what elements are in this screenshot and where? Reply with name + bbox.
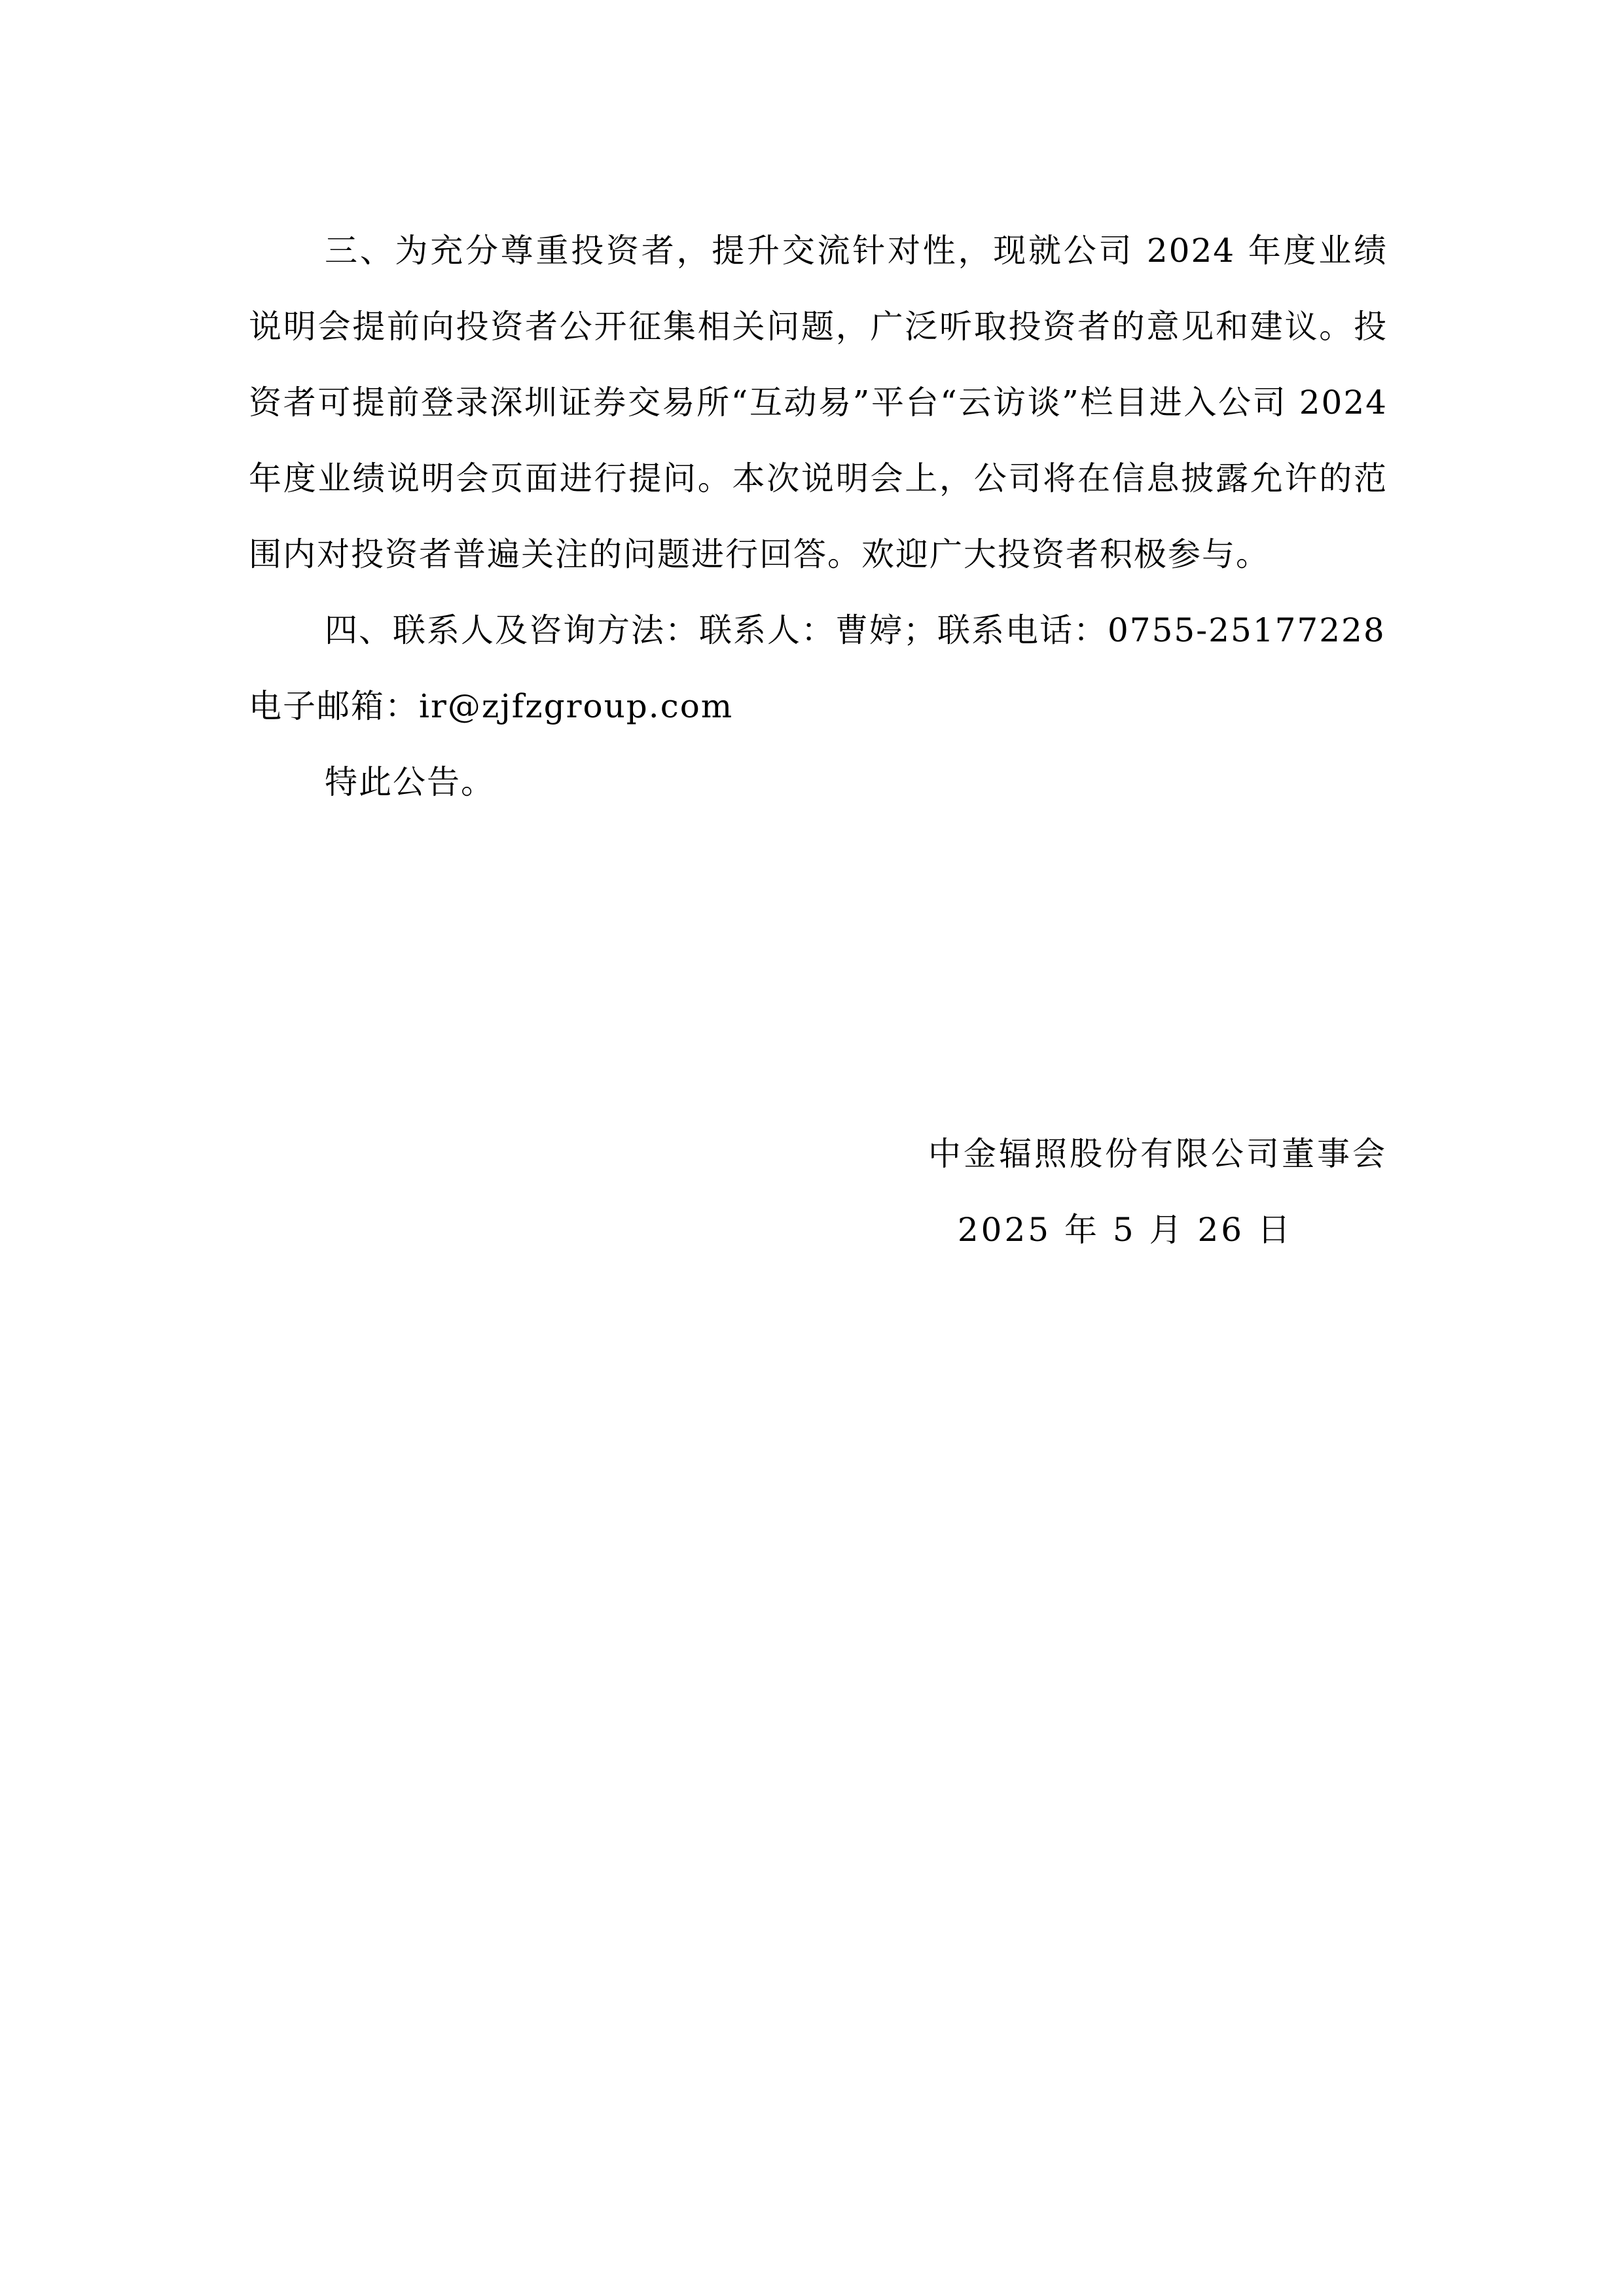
signature-date: 2025 年 5 月 26 日 [851,1192,1388,1268]
paragraph-email: 电子邮箱：ir@zjfzgroup.com [249,668,1388,744]
announcement-body: 三、为充分尊重投资者，提升交流针对性，现就公司 2024 年度业绩说明会提前向投… [249,213,1388,820]
signature-organization: 中金辐照股份有限公司董事会 [851,1116,1388,1192]
document-page: 三、为充分尊重投资者，提升交流针对性，现就公司 2024 年度业绩说明会提前向投… [0,0,1624,2296]
paragraph-section-4-contact: 四、联系人及咨询方法：联系人：曹婷；联系电话：0755-25177228 [249,592,1388,668]
signature-block: 中金辐照股份有限公司董事会 2025 年 5 月 26 日 [851,1116,1388,1268]
paragraph-section-3: 三、为充分尊重投资者，提升交流针对性，现就公司 2024 年度业绩说明会提前向投… [249,213,1388,592]
paragraph-closing: 特此公告。 [249,744,1388,820]
